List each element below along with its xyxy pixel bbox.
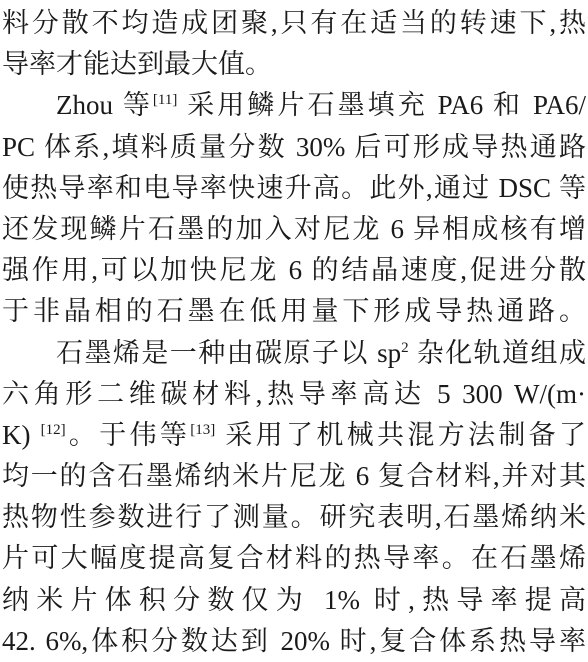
text-line: Zhou 等[11] 采用鳞片石墨填充 PA6 和 PA6/: [2, 85, 586, 126]
citation-superscript: [13]: [190, 422, 215, 438]
text-segment: 还发现鳞片石墨的加入对尼龙 6 异相成核有增: [2, 214, 586, 244]
text-line: 42. 6%,体积分数达到 20% 时,复合体系热导率: [2, 621, 586, 662]
text-segment: 片可大幅度提高复合材料的热导率。在石墨烯: [2, 543, 586, 573]
text-segment: 石墨烯是一种由碳原子以 sp: [56, 338, 401, 368]
text-segment: 于非晶相的石墨在低用量下形成导热通路。: [2, 296, 586, 326]
document-page: 料分散不均造成团聚,只有在适当的转速下,热导率才能达到最大值。Zhou 等[11…: [0, 0, 588, 662]
text-line: 强作用,可以加快尼龙 6 的结晶速度,促进分散: [2, 250, 586, 291]
text-line: 石墨烯是一种由碳原子以 sp2 杂化轨道组成: [2, 333, 586, 374]
text-line: 纳米片体积分数仅为 1% 时,热导率提高: [2, 580, 586, 621]
text-segment: 导率才能达到最大值。: [2, 49, 272, 79]
text-segment: PC 体系,填料质量分数 30% 后可形成导热通路: [2, 132, 586, 162]
text-segment: 。于伟等: [66, 420, 191, 450]
text-segment: K): [2, 420, 41, 450]
text-line: 于非晶相的石墨在低用量下形成导热通路。: [2, 291, 586, 332]
text-segment: 杂化轨道组成: [409, 338, 586, 368]
text-line: 还发现鳞片石墨的加入对尼龙 6 异相成核有增: [2, 209, 586, 250]
text-segment: 采用鳞片石墨填充 PA6 和 PA6/: [177, 90, 586, 120]
text-line: 六角形二维碳材料,热导率高达 5 300 W/(m·: [2, 374, 586, 415]
text-line: K) [12]。于伟等[13] 采用了机械共混方法制备了: [2, 415, 586, 456]
text-line: 料分散不均造成团聚,只有在适当的转速下,热: [2, 3, 586, 44]
text-line: PC 体系,填料质量分数 30% 后可形成导热通路: [2, 127, 586, 168]
text-segment: 纳米片体积分数仅为 1% 时,热导率提高: [2, 585, 586, 615]
text-segment: 料分散不均造成团聚,只有在适当的转速下,热: [2, 8, 586, 38]
text-block: 料分散不均造成团聚,只有在适当的转速下,热导率才能达到最大值。Zhou 等[11…: [2, 3, 586, 662]
text-segment: 42. 6%,体积分数达到 20% 时,复合体系热导率: [2, 626, 586, 656]
text-segment: Zhou 等: [56, 90, 153, 120]
text-segment: 使热导率和电导率快速升高。此外,通过 DSC 等: [2, 173, 586, 203]
text-segment: 六角形二维碳材料,热导率高达 5 300 W/(m·: [2, 379, 586, 409]
text-line: 导率才能达到最大值。: [2, 44, 586, 85]
text-segment: 采用了机械共混方法制备了: [215, 420, 586, 450]
citation-superscript: 2: [401, 340, 409, 356]
citation-superscript: [12]: [41, 422, 66, 438]
text-segment: 强作用,可以加快尼龙 6 的结晶速度,促进分散: [2, 255, 586, 285]
text-segment: 热物性参数进行了测量。研究表明,石墨烯纳米: [2, 502, 586, 532]
text-line: 热物性参数进行了测量。研究表明,石墨烯纳米: [2, 497, 586, 538]
text-line: 片可大幅度提高复合材料的热导率。在石墨烯: [2, 538, 586, 579]
citation-superscript: [11]: [153, 92, 177, 108]
text-line: 均一的含石墨烯纳米片尼龙 6 复合材料,并对其: [2, 456, 586, 497]
text-segment: 均一的含石墨烯纳米片尼龙 6 复合材料,并对其: [2, 461, 586, 491]
text-line: 使热导率和电导率快速升高。此外,通过 DSC 等: [2, 168, 586, 209]
